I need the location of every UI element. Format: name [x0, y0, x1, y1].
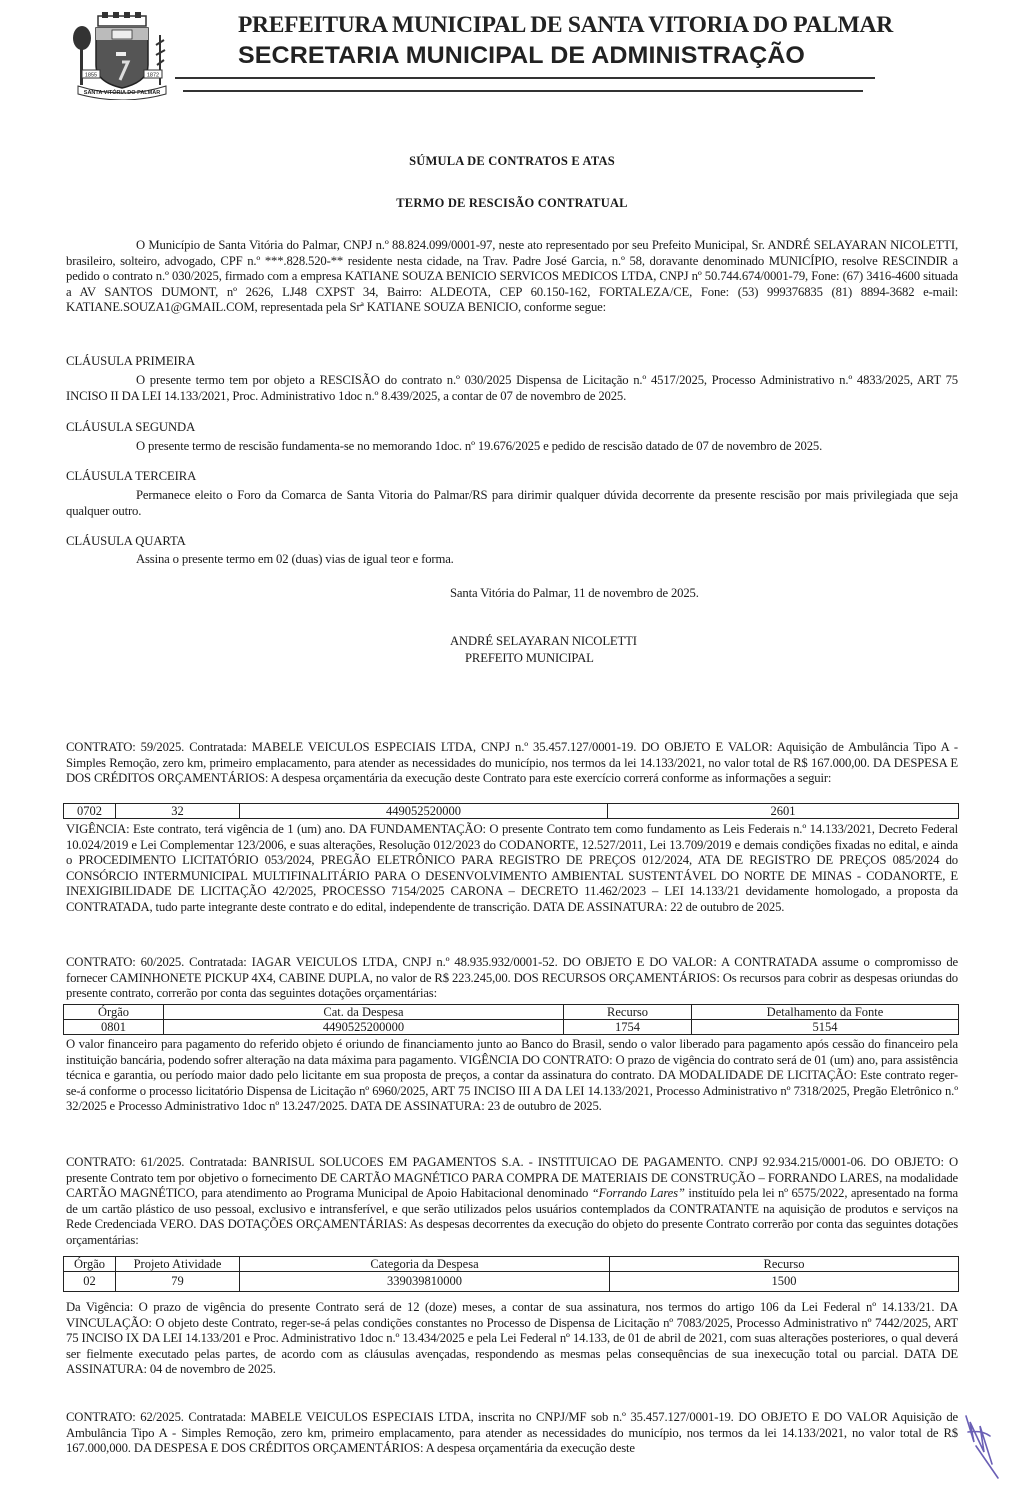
- contract-text: CONTRATO: 61/2025. Contratada: BANRISUL …: [66, 1155, 958, 1248]
- budget-table: Órgão Projeto Atividade Categoria da Des…: [63, 1256, 959, 1292]
- table-cell: 449052520000: [240, 804, 608, 819]
- column-header: Recurso: [564, 1005, 692, 1020]
- table-cell: 32: [116, 804, 240, 819]
- svg-text:1855: 1855: [85, 73, 97, 79]
- column-header: Detalhamento da Fonte: [692, 1005, 959, 1020]
- document-subtitle: TERMO DE RESCISÃO CONTRATUAL: [0, 196, 1024, 211]
- clause-heading: CLÁUSULA SEGUNDA: [66, 420, 195, 435]
- svg-text:SANTA VITÓRIA DO PALMAR: SANTA VITÓRIA DO PALMAR: [84, 88, 160, 96]
- letterhead: 1855 1872 SANTA VITÓRIA DO PALMAR PREFEI…: [0, 0, 1024, 110]
- handwritten-initials-icon: [962, 1412, 1002, 1482]
- signer-role: PREFEITO MUNICIPAL: [465, 651, 594, 666]
- municipal-crest-icon: 1855 1872 SANTA VITÓRIA DO PALMAR: [72, 10, 172, 100]
- table-row: 0702 32 449052520000 2601: [64, 804, 959, 819]
- contract-text: CONTRATO: 59/2025. Contratada: MABELE VE…: [66, 740, 958, 787]
- contract-text: CONTRATO: 62/2025. Contratada: MABELE VE…: [66, 1410, 958, 1457]
- table-cell: 339039810000: [240, 1272, 610, 1292]
- table-cell: 79: [116, 1272, 240, 1292]
- header-divider: [175, 77, 875, 79]
- document-title: SÚMULA DE CONTRATOS E ATAS: [0, 154, 1024, 169]
- budget-table: 0702 32 449052520000 2601: [63, 803, 959, 819]
- column-header: Recurso: [610, 1257, 959, 1272]
- contract-text: CONTRATO: 60/2025. Contratada: IAGAR VEI…: [66, 955, 958, 1002]
- clause-heading: CLÁUSULA QUARTA: [66, 534, 186, 549]
- signer-name: ANDRÉ SELAYARAN NICOLETTI: [450, 634, 637, 649]
- secretaria-title: SECRETARIA MUNICIPAL DE ADMINISTRAÇÃO: [238, 42, 805, 70]
- table-cell: 2601: [608, 804, 959, 819]
- table-cell: 5154: [692, 1020, 959, 1035]
- budget-table: Órgão Cat. da Despesa Recurso Detalhamen…: [63, 1004, 959, 1035]
- clause-heading: CLÁUSULA PRIMEIRA: [66, 354, 195, 369]
- table-row: 0801 4490525200000 1754 5154: [64, 1020, 959, 1035]
- column-header: Órgão: [64, 1005, 164, 1020]
- intro-paragraph: O Município de Santa Vitória do Palmar, …: [66, 238, 958, 316]
- table-cell: 02: [64, 1272, 116, 1292]
- clause-text: O presente termo tem por objeto a RESCIS…: [66, 373, 958, 404]
- contract-text: O valor financeiro para pagamento do ref…: [66, 1037, 958, 1115]
- column-header: Cat. da Despesa: [164, 1005, 564, 1020]
- prefeitura-title: PREFEITURA MUNICIPAL DE SANTA VITORIA DO…: [238, 12, 893, 39]
- table-cell: 0702: [64, 804, 116, 819]
- clause-text: O presente termo de rescisão fundamenta-…: [66, 439, 958, 455]
- program-name: “Forrando Lares”: [592, 1186, 685, 1200]
- column-header: Projeto Atividade: [116, 1257, 240, 1272]
- table-header-row: Órgão Cat. da Despesa Recurso Detalhamen…: [64, 1005, 959, 1020]
- table-cell: 1754: [564, 1020, 692, 1035]
- table-cell: 4490525200000: [164, 1020, 564, 1035]
- table-row: 02 79 339039810000 1500: [64, 1272, 959, 1292]
- contract-text: Da Vigência: O prazo de vigência do pres…: [66, 1300, 958, 1378]
- table-cell: 1500: [610, 1272, 959, 1292]
- clause-heading: CLÁUSULA TERCEIRA: [66, 469, 196, 484]
- place-date: Santa Vitória do Palmar, 11 de novembro …: [450, 586, 699, 601]
- column-header: Órgão: [64, 1257, 116, 1272]
- table-header-row: Órgão Projeto Atividade Categoria da Des…: [64, 1257, 959, 1272]
- clause-text: Assina o presente termo em 02 (duas) via…: [66, 552, 958, 568]
- clause-text: Permanece eleito o Foro da Comarca de Sa…: [66, 488, 958, 519]
- svg-text:1872: 1872: [147, 73, 159, 79]
- contract-text: VIGÊNCIA: Este contrato, terá vigência d…: [66, 822, 958, 915]
- header-divider: [183, 90, 863, 92]
- table-cell: 0801: [64, 1020, 164, 1035]
- column-header: Categoria da Despesa: [240, 1257, 610, 1272]
